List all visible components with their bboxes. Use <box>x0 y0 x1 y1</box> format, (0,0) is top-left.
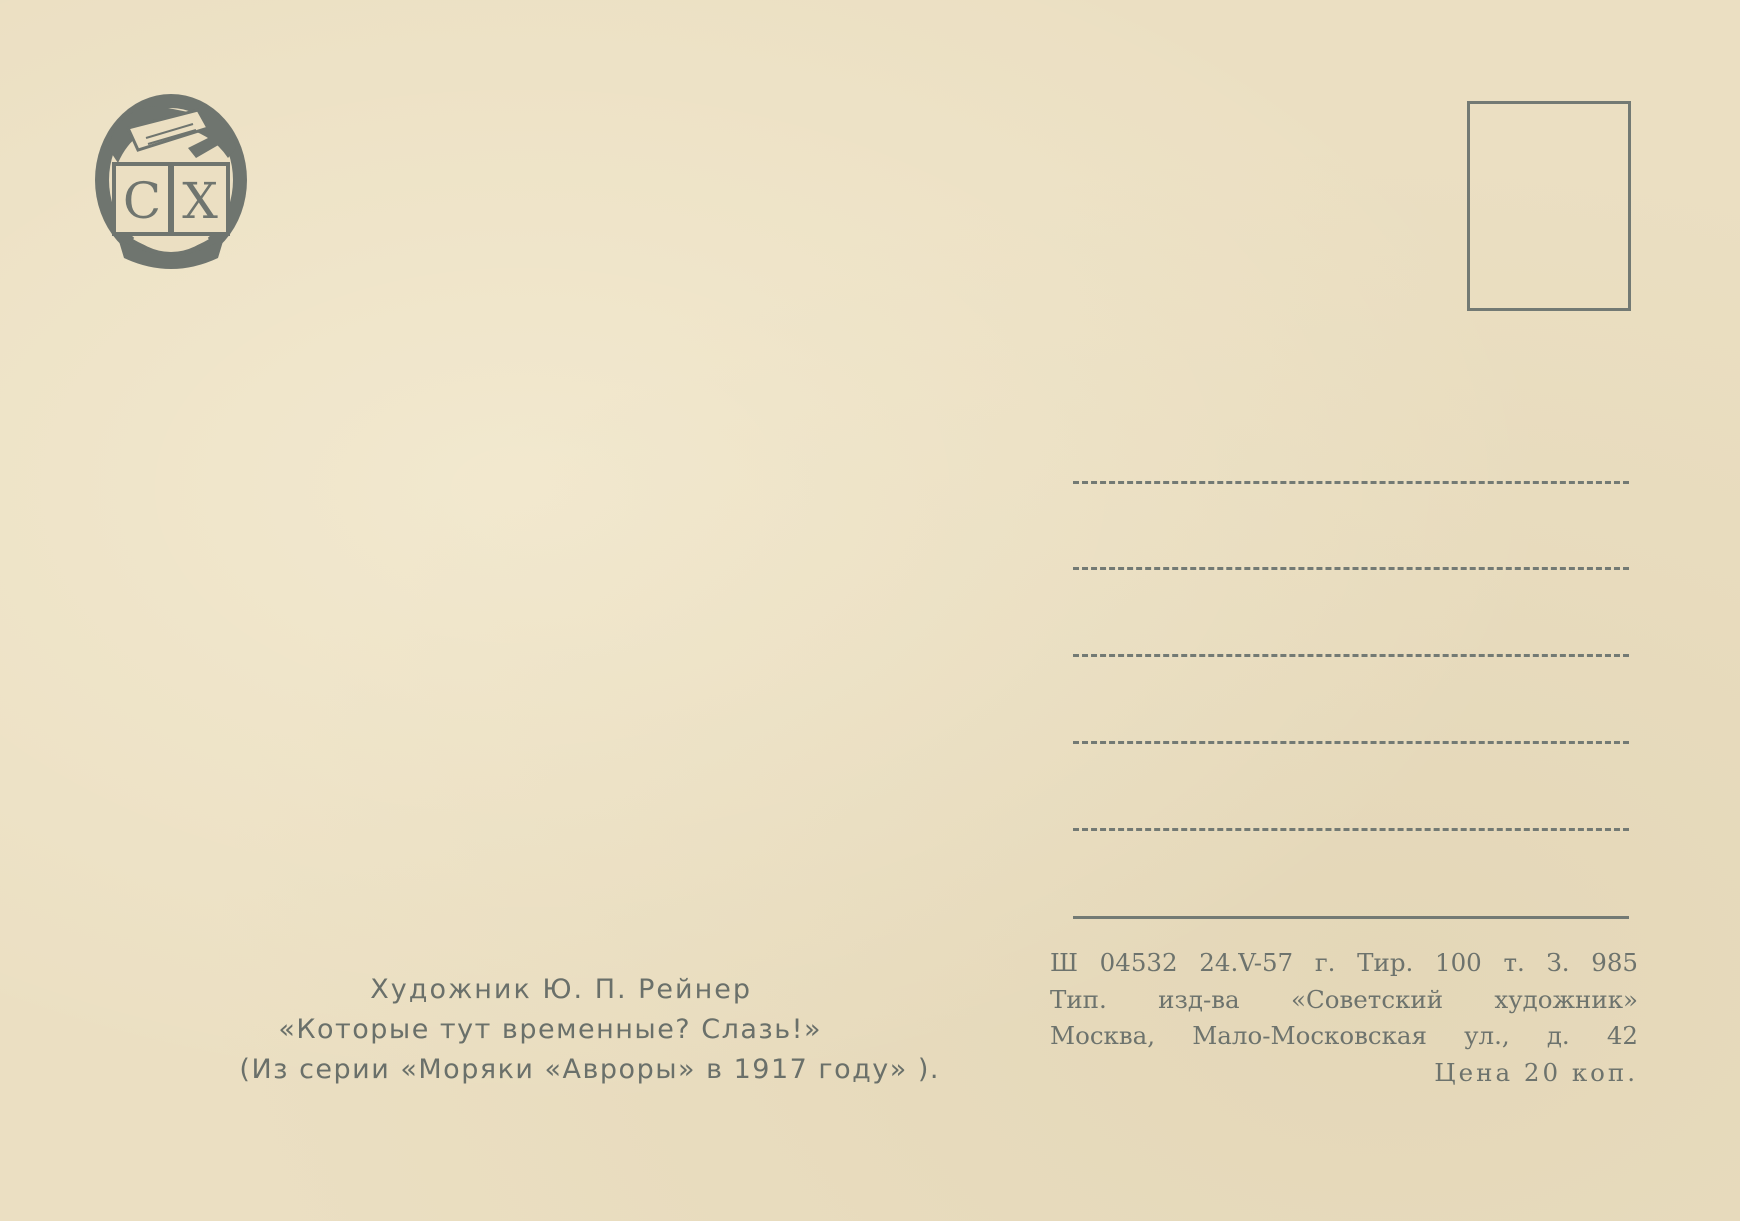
imprint-line-2: Тип. изд-ва «Советский художник» <box>1050 982 1638 1019</box>
postcard-back: С Х Художник Ю. П. Рейнер «Которые тут в… <box>0 0 1740 1221</box>
imprint-line-3: Москва, Мало-Московская ул., д. 42 <box>1050 1018 1638 1055</box>
address-line <box>1073 481 1629 484</box>
publisher-imprint: Ш 04532 24.V-57 г. Тир. 100 т. З. 985 Ти… <box>1050 945 1638 1091</box>
price: Цена 20 коп. <box>1050 1055 1638 1092</box>
svg-text:С: С <box>123 172 161 230</box>
imprint-line-1: Ш 04532 24.V-57 г. Тир. 100 т. З. 985 <box>1050 945 1638 982</box>
artist-name: Художник Ю. П. Рейнер <box>70 970 752 1010</box>
address-line <box>1073 741 1629 744</box>
address-line-solid <box>1073 916 1629 919</box>
artwork-title: «Которые тут временные? Слазь!» <box>70 1010 822 1050</box>
artwork-caption: Художник Ю. П. Рейнер «Которые тут време… <box>70 970 940 1090</box>
series-note: (Из серии «Моряки «Авроры» в 1917 году» … <box>70 1050 940 1090</box>
address-line <box>1073 567 1629 570</box>
address-line <box>1073 828 1629 831</box>
svg-text:Х: Х <box>182 172 218 230</box>
address-line <box>1073 654 1629 657</box>
stamp-box <box>1467 101 1631 311</box>
artists-union-emblem-icon: С Х <box>88 88 254 274</box>
